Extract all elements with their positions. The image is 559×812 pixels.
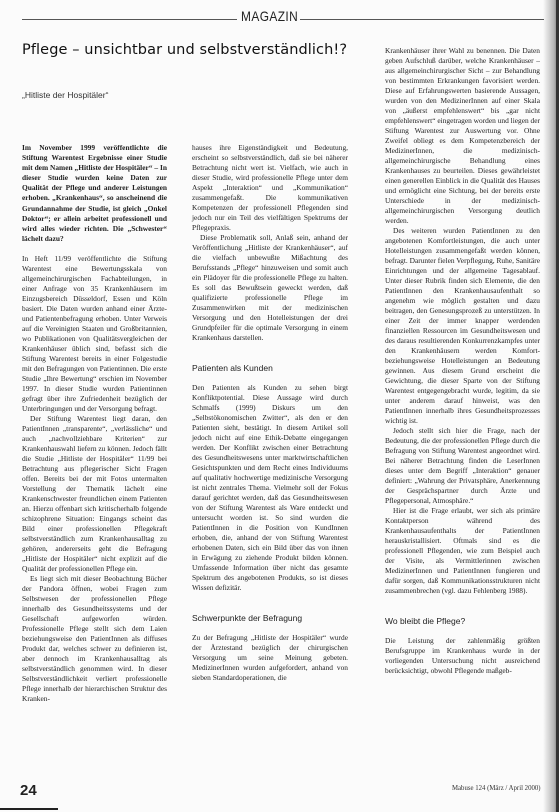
issue-reference: Mabuse 124 (März / April 2000) (452, 785, 541, 792)
column-2: hauses ihre Eigenständigkeit und Bedeutu… (192, 143, 348, 683)
column-1: Im November 1999 veröffentlichte die Sti… (22, 143, 167, 704)
lead-text: Im November 1999 veröffentlichte die Sti… (22, 143, 167, 244)
body-paragraph: Diese Problematik soll, Anlaß sein, anha… (192, 233, 348, 343)
body-paragraph: Des weiteren wurden PatientInnen zu den … (385, 226, 540, 426)
article-title: Pflege – unsichtbar und selbstverständli… (22, 42, 347, 58)
body-paragraph: In Heft 11/99 veröffentlichte die Stiftu… (22, 254, 167, 414)
lead-paragraph: Im November 1999 veröffentlichte die Sti… (22, 143, 167, 244)
body-paragraph: Der Stiftung Warentest liegt daran, den … (22, 414, 167, 574)
article-subtitle: „Hitliste der Hospitäler“ (22, 90, 108, 100)
page-number: 24 (20, 782, 37, 799)
body-paragraph: Krankenhäuser ihrer Wahl zu benennen. Di… (385, 46, 540, 226)
section-heading-schwerpunkte: Schwerpunkte der Befragung (192, 613, 348, 623)
body-paragraph: Hier ist die Frage erlaubt, wer sich als… (385, 506, 540, 596)
body-paragraph: Zu der Befragung „Hitliste der Hospitäle… (192, 633, 348, 683)
body-paragraph: Jedoch stellt sich hier die Frage, nach … (385, 426, 540, 506)
section-heading-patienten: Patienten als Kunden (192, 363, 348, 373)
body-paragraph: Es liegt sich mit dieser Beobachtung Büc… (22, 574, 167, 704)
footer-rule (0, 808, 58, 810)
body-paragraph: Den Patienten als Kunden zu sehen birgt … (192, 383, 348, 593)
body-paragraph: Die Leistung der zahlenmäßig größten Ber… (385, 636, 540, 676)
section-heading-pflege: Wo bleibt die Pflege? (385, 616, 540, 626)
header-rule-left (22, 19, 237, 20)
body-paragraph: hauses ihre Eigenständigkeit und Bedeutu… (192, 143, 348, 233)
section-label: MAGAZIN (241, 8, 298, 24)
header-rule-right (300, 19, 544, 20)
column-3: Krankenhäuser ihrer Wahl zu benennen. Di… (385, 46, 540, 676)
